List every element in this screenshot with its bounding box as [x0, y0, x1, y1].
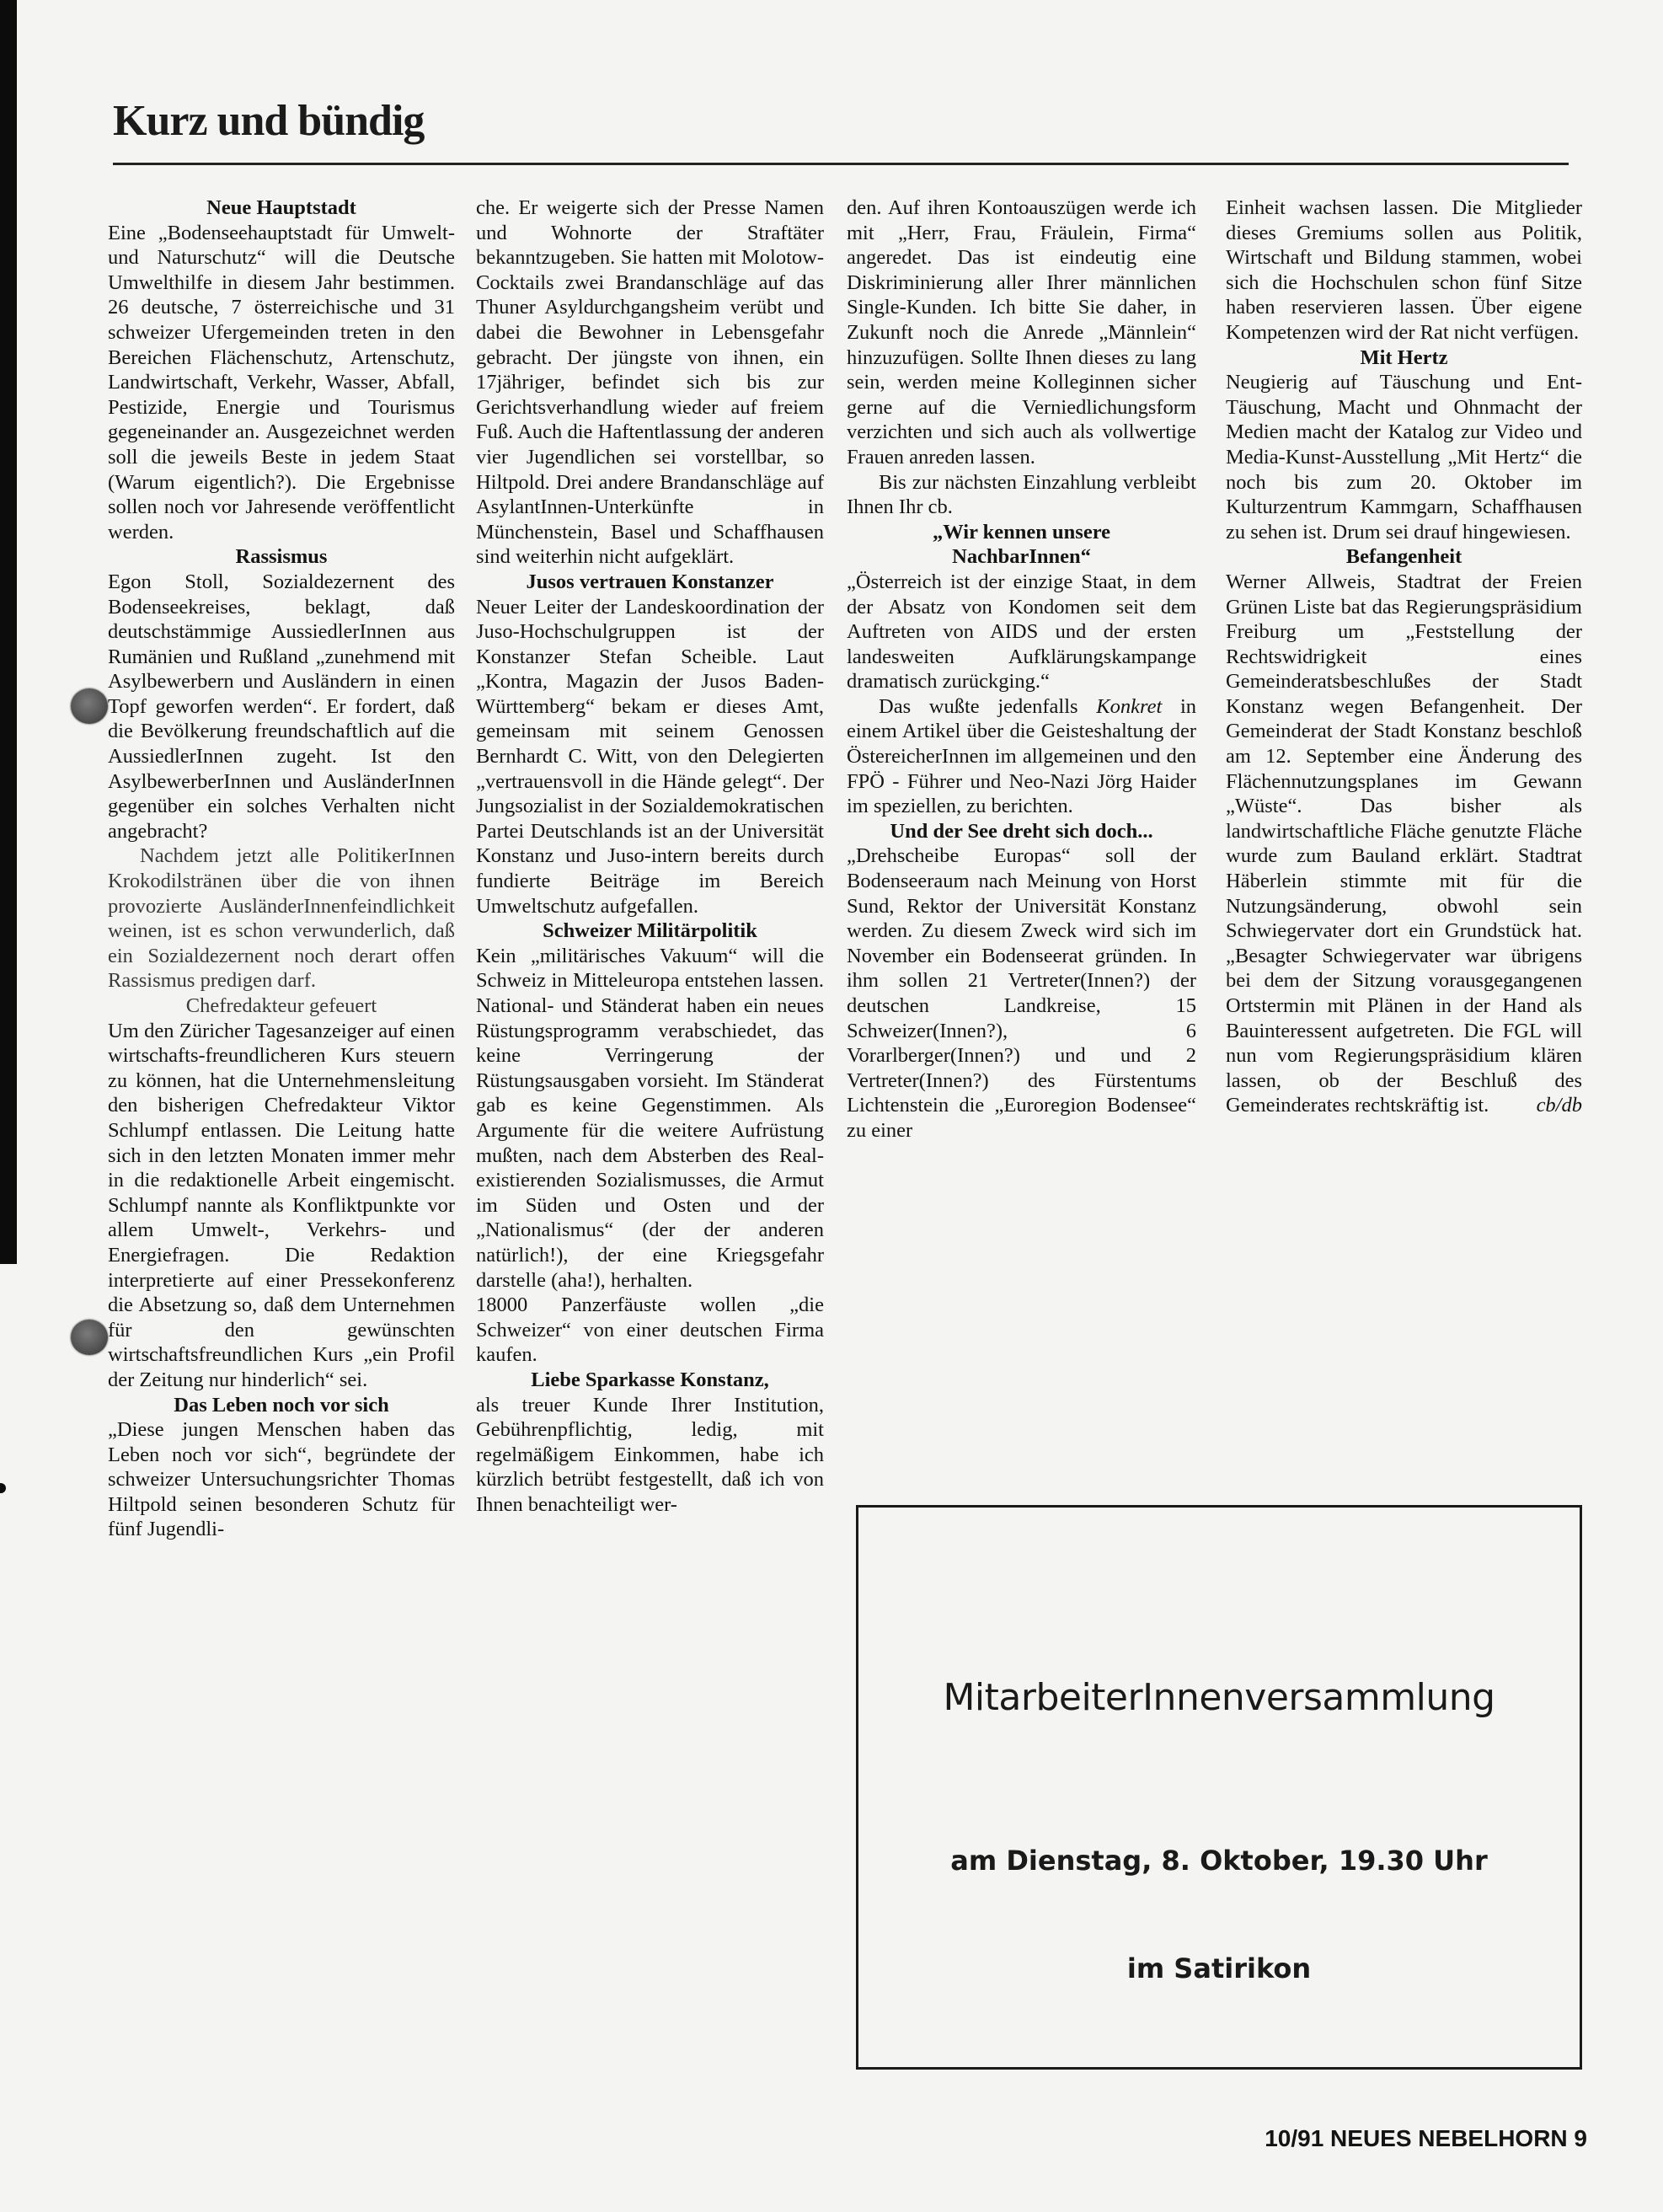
article-heading-rassismus: Rassismus: [108, 544, 455, 570]
article-text-nachbarinnen: „Österreich ist der einzige Staat, in de…: [847, 570, 1196, 694]
text-span: Werner Allweis, Stadtrat der Freien Grün…: [1226, 570, 1582, 1117]
scan-edge-mark: [0, 1483, 6, 1493]
article-text-rassismus-2: Nachdem jetzt alle PolitikerInnen Krokod…: [108, 844, 455, 994]
article-text-sparkasse-cont: den. Auf ihren Kontoauszügen werde ich m…: [847, 195, 1196, 470]
announcement-location: im Satirikon: [858, 1952, 1580, 1984]
article-text-militaer: Kein „militärisches Vakuum“ will die Sch…: [476, 944, 824, 1293]
announcement-date-time: am Dienstag, 8. Oktober, 19.30 Uhr: [858, 1845, 1580, 1877]
article-text-leben-cont: che. Er weigerte sich der Presse Namen u…: [476, 195, 824, 570]
scan-edge-shadow: [0, 0, 17, 1264]
column-1: Neue Hauptstadt Eine „Bodenseehauptstadt…: [108, 195, 455, 1542]
article-heading-befangenheit: Befangenheit: [1226, 544, 1582, 570]
article-heading-militaer: Schweizer Militärpolitik: [476, 919, 824, 944]
article-text-nachbarinnen-2: Das wußte jedenfalls Konkret in einem Ar…: [847, 694, 1196, 819]
article-heading-nachbarinnen-2: NachbarInnen“: [847, 544, 1196, 570]
punch-hole: [71, 1320, 108, 1355]
article-text-jusos: Neuer Leiter der Landeskoordination der …: [476, 595, 824, 919]
article-text-see: „Drehscheibe Europas“ soll der Bodenseer…: [847, 844, 1196, 1143]
column-2: che. Er weigerte sich der Presse Namen u…: [476, 195, 824, 1517]
article-heading-chefredakteur: Chefredakteur gefeuert: [108, 994, 455, 1019]
article-text-neue-hauptstadt: Eine „Bodenseehauptstadt für Umwelt- und…: [108, 221, 455, 545]
text-span: Das wußte jedenfalls: [879, 695, 1096, 718]
column-4: Einheit wachsen lassen. Die Mitglieder d…: [1226, 195, 1582, 1118]
article-heading-neue-hauptstadt: Neue Hauptstadt: [108, 195, 455, 221]
article-text-befangenheit: Werner Allweis, Stadtrat der Freien Grün…: [1226, 570, 1582, 1118]
article-text-rassismus: Egon Stoll, Sozialdezernent des Bodensee…: [108, 570, 455, 844]
article-text-sparkasse-closing: Bis zur nächsten Einzahlung verbleibt Ih…: [847, 470, 1196, 520]
article-text-hertz: Neugierig auf Täuschung und Ent-Täuschun…: [1226, 370, 1582, 544]
article-heading-nachbarinnen-1: „Wir kennen unsere: [847, 520, 1196, 545]
article-text-leben: „Diese jungen Menschen haben das Leben n…: [108, 1417, 455, 1542]
article-text-see-cont: Einheit wachsen lassen. Die Mitglieder d…: [1226, 195, 1582, 345]
author-signature: cb/db: [1537, 1093, 1582, 1118]
page-footer: 10/91 NEUES NEBELHORN 9: [1265, 2125, 1587, 2152]
title-rule: [113, 163, 1569, 165]
article-text-militaer-2: 18000 Panzerfäuste wollen „die Schweizer…: [476, 1293, 824, 1368]
article-heading-sparkasse: Liebe Sparkasse Konstanz,: [476, 1368, 824, 1393]
article-heading-hertz: Mit Hertz: [1226, 345, 1582, 371]
article-heading-jusos: Jusos vertrauen Konstanzer: [476, 570, 824, 595]
article-text-sparkasse: als treuer Kunde Ihrer Institution, Gebü…: [476, 1393, 824, 1518]
announcement-box: MitarbeiterInnenversammlung am Dienstag,…: [856, 1505, 1582, 2070]
section-title: Kurz und bündig: [113, 99, 424, 143]
article-text-chefredakteur: Um den Züricher Tagesanzeiger auf einen …: [108, 1019, 455, 1393]
article-heading-see: Und der See dreht sich doch...: [847, 819, 1196, 844]
article-heading-leben: Das Leben noch vor sich: [108, 1393, 455, 1418]
column-3: den. Auf ihren Kontoauszügen werde ich m…: [847, 195, 1196, 1143]
publication-name: Konkret: [1096, 695, 1162, 718]
announcement-title: MitarbeiterInnenversammlung: [858, 1676, 1580, 1719]
punch-hole: [71, 688, 108, 724]
